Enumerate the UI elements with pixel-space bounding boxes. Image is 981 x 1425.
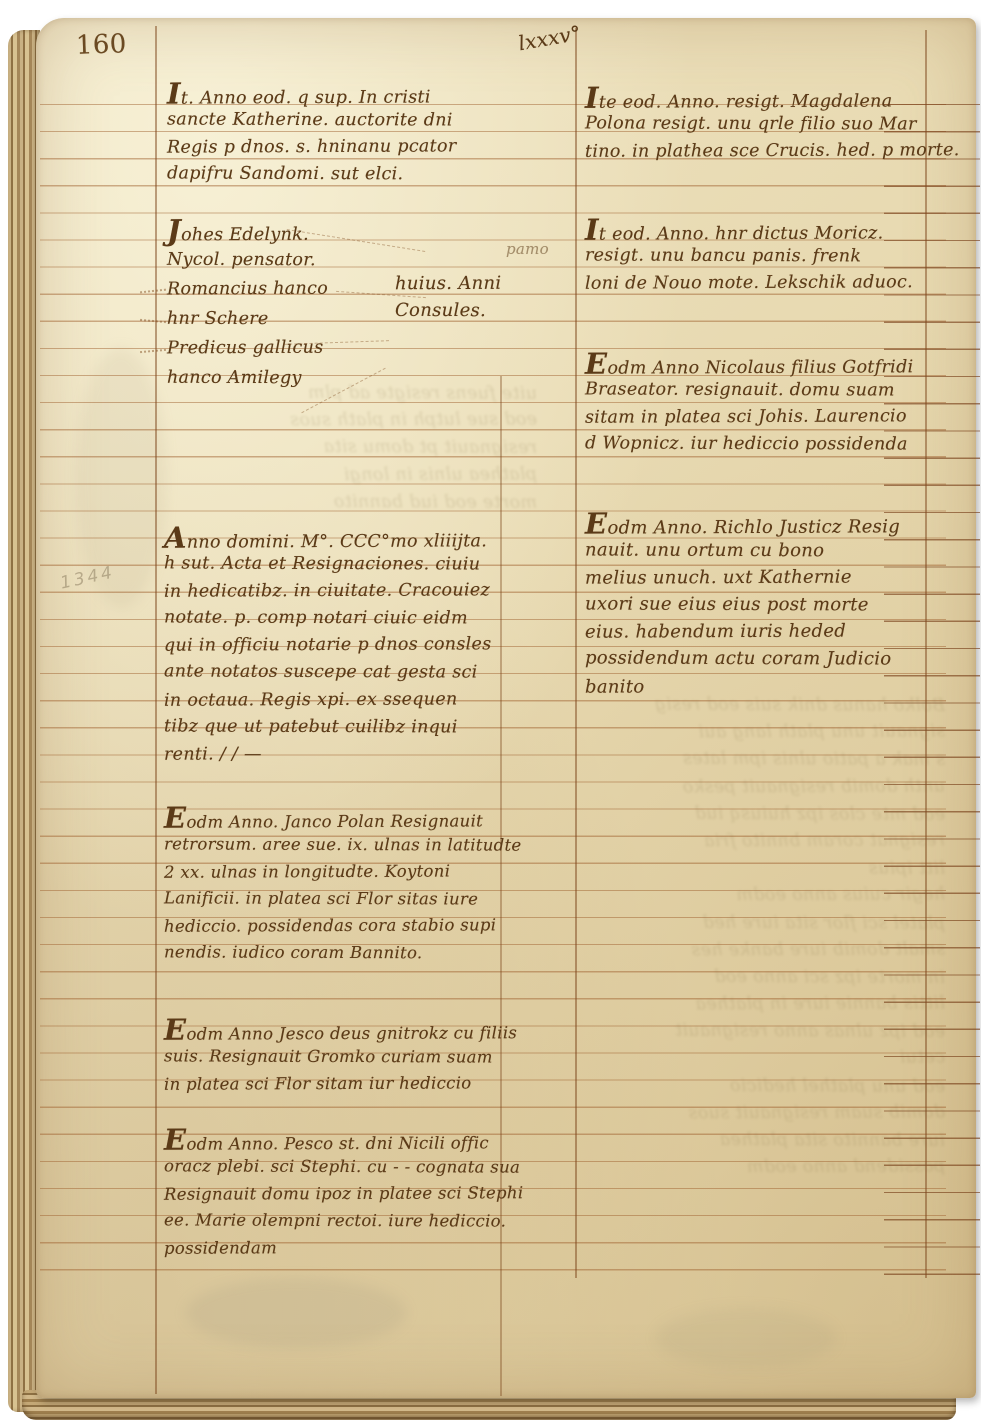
text-line: oracz plebi. sci Stephi. cu - - cognata … (164, 1152, 523, 1180)
text-line: Eodm Anno Jesco deus gnitrokz cu filiis (164, 1015, 517, 1044)
text-line: dapifru Sandomi. sut elci. (167, 161, 457, 189)
text-line: eius. habendum iuris heded (585, 618, 900, 646)
manuscript-scan: { "page": { "folio_number": "160", "quir… (0, 0, 981, 1425)
text-line: unth domib resignauit pesko (585, 773, 945, 801)
text-line: Lanificii. in platea sci Flor sitas iure (164, 885, 522, 913)
text-line: tino. in plathea sce Crucis. hed. p mort… (585, 137, 960, 166)
text-line: ee. Marie olempni rectoi. iure hediccio. (164, 1207, 523, 1235)
text-line: suis. Resignauit Gromko curiam suam (164, 1042, 517, 1070)
left-entry-jesco: Eodm Anno Jesco deus gnitrokz cu filiiss… (164, 1016, 517, 1097)
text-line: possidend anno eodm (585, 1154, 945, 1182)
text-line: tibz que ut patebut cuilibz inqui (164, 713, 492, 741)
text-line: uite fuens resigte ad plm (167, 379, 537, 408)
quire-mark: lxxxv° (516, 21, 583, 56)
text-line: iure bannito sita plathea (585, 1126, 945, 1155)
text-line: retrorsum. aree sue. ix. ulnas in latitu… (164, 830, 522, 858)
text-line: melius unuch. uxt Kathernie (585, 564, 900, 592)
text-line: sancte Katherine. auctorite dni (167, 107, 457, 135)
text-line: It eod. Anno. hnr dictus Moricz. (585, 215, 913, 244)
text-line: eod ipz ulnas anno resignauit (585, 1017, 945, 1046)
text-line: resignat coram bnnito fria (585, 827, 945, 855)
text-line: Eodm Anno Nicolaus filius Gotfridi (585, 349, 914, 378)
right-entry-moricz: It eod. Anno. hnr dictus Moricz.resigt. … (585, 216, 913, 297)
text-line: loni de Nouo mote. Lekschik aduoc. (585, 269, 913, 298)
text-line: renti. / / — (164, 740, 492, 769)
text-line: notate. p. comp notari ciuic eidm (164, 605, 492, 633)
text-line: domib suam resignauit suos (585, 1099, 945, 1127)
folio-number: 160 (75, 29, 127, 61)
text-line: in platea sci Flor sitam iur hediccio (164, 1069, 517, 1098)
text-line: hnr Schere (167, 305, 328, 335)
text-line: s mak a patio ulnis ipm lates (585, 746, 945, 775)
text-line: hegir cuius anno eodm (585, 882, 945, 910)
text-line: in morte ipz sci anno eod (585, 963, 945, 992)
text-line: 2 xx. ulnas in longitudte. Koytoni (164, 857, 522, 886)
text-line: sitam in platea sci Johis. Laurencio (585, 403, 914, 432)
parchment-stain (186, 1278, 406, 1348)
text-line: Eodm Anno. Pesco st. dni Nicili offic (164, 1125, 524, 1154)
text-line: littis bannie iure in plathea (585, 990, 945, 1018)
text-line: nauit. unu ortum cu bono (585, 537, 900, 565)
text-line: resignauit pt domu sita (167, 434, 537, 463)
text-line: Eodm Anno. Janco Polan Resignauit (164, 803, 522, 832)
show-through-left: uite fuens resigte ad plmeod sue lutph i… (167, 380, 537, 516)
text-line: eod unu plathel hedicio (585, 1072, 945, 1101)
text-line: qui in officiu notarie p dnos consles (164, 632, 492, 661)
text-line: Braseator. resignauit. domu suam (585, 377, 914, 405)
vertical-rule-gutter-b (575, 28, 577, 1278)
left-entry-year-heading: Anno domini. M°. CCC°mo xliiijta.h sut. … (164, 524, 491, 768)
manuscript-page: 160 lxxxv° 1344 pamo It. Anno eod. q sup… (36, 18, 976, 1398)
left-entry-janco: Eodm Anno. Janco Polan Resignauitretrors… (164, 804, 522, 967)
text-line: Consules. (395, 297, 502, 324)
text-line: in octaua. Regis xpi. ex ssequen (164, 686, 492, 715)
vertical-rule-left-margin (155, 26, 157, 1394)
text-line: huius. Anni (395, 270, 502, 298)
right-entry-nicolaus: Eodm Anno Nicolaus filius GotfridiBrasea… (585, 350, 913, 458)
text-line: morte eod iud bannito (167, 488, 537, 517)
text-line: nendis. iudico coram Bannito. (164, 939, 522, 967)
text-line: Predicus gallicus (167, 334, 328, 364)
text-line: plathea ulnis in longi (167, 461, 537, 489)
text-line: Resignauit domu ipoz in platee sci Steph… (164, 1179, 524, 1208)
text-line: Romancius hanco (167, 275, 328, 305)
text-line: Polona resigt. unu qrle filio suo Mar (585, 110, 960, 138)
show-through-right: Bolko hanus dnik suis eod resigsignauit … (585, 692, 945, 1181)
text-line: h sut. Acta et Resignaciones. ciuiu (164, 551, 492, 579)
parchment-stain (656, 1308, 836, 1368)
text-line: smalt domib iure banke hes (585, 936, 945, 964)
text-line: uxori sue eius eius post morte (585, 591, 900, 619)
text-line: cetui (585, 1045, 945, 1073)
text-line: Bolko hanus dnik suis eod resig (585, 691, 945, 720)
text-line: platel sci flor sita iure hed (585, 909, 945, 938)
text-line: Nycol. pensator. (167, 245, 328, 275)
left-council-names-list: Johes Edelynk.Nycol. pensator.Romancius … (167, 216, 328, 394)
text-line: Eodm Anno. Richlo Justicz Resig (585, 509, 900, 537)
text-line: Ite eod. Anno. resigt. Magdalena (585, 83, 960, 112)
text-line: d Wopnicz. iur hediccio possidenda (585, 431, 914, 459)
text-line: eod sue lutph in plath suos (167, 407, 537, 435)
text-line: signauit unu plath lang aui (585, 719, 945, 747)
text-line: resigt. unu bancu panis. frenk (585, 243, 913, 271)
text-line: ante notatos suscepe cat gesta sci (164, 659, 492, 687)
gutter-note: pamo (506, 240, 549, 258)
text-line: possidendum actu coram Judicio (585, 645, 900, 673)
text-line: Regis p dnos. s. hninanu pcator (167, 134, 457, 162)
text-line: hediccio. possidendas cora stabio supi (164, 912, 522, 941)
text-line: It. Anno eod. q sup. In cristi (167, 79, 457, 107)
text-line: litt ipius (585, 854, 945, 883)
text-line: eod mte clos ipz huiusq iud (585, 800, 945, 829)
left-entry-pesco: Eodm Anno. Pesco st. dni Nicili officora… (164, 1126, 523, 1261)
text-line: in hedicatibz. in ciuitate. Cracouiez (164, 577, 492, 606)
right-entry-richlo: Eodm Anno. Richlo Justicz Resignauit. un… (585, 510, 900, 700)
text-line: possidendam (164, 1234, 524, 1263)
right-entry-magdalena: Ite eod. Anno. resigt. MagdalenaPolona r… (585, 84, 960, 165)
left-entry-consecration: It. Anno eod. q sup. In cristisancte Kat… (167, 80, 456, 188)
text-line: Anno domini. M°. CCC°mo xliiijta. (164, 523, 492, 552)
